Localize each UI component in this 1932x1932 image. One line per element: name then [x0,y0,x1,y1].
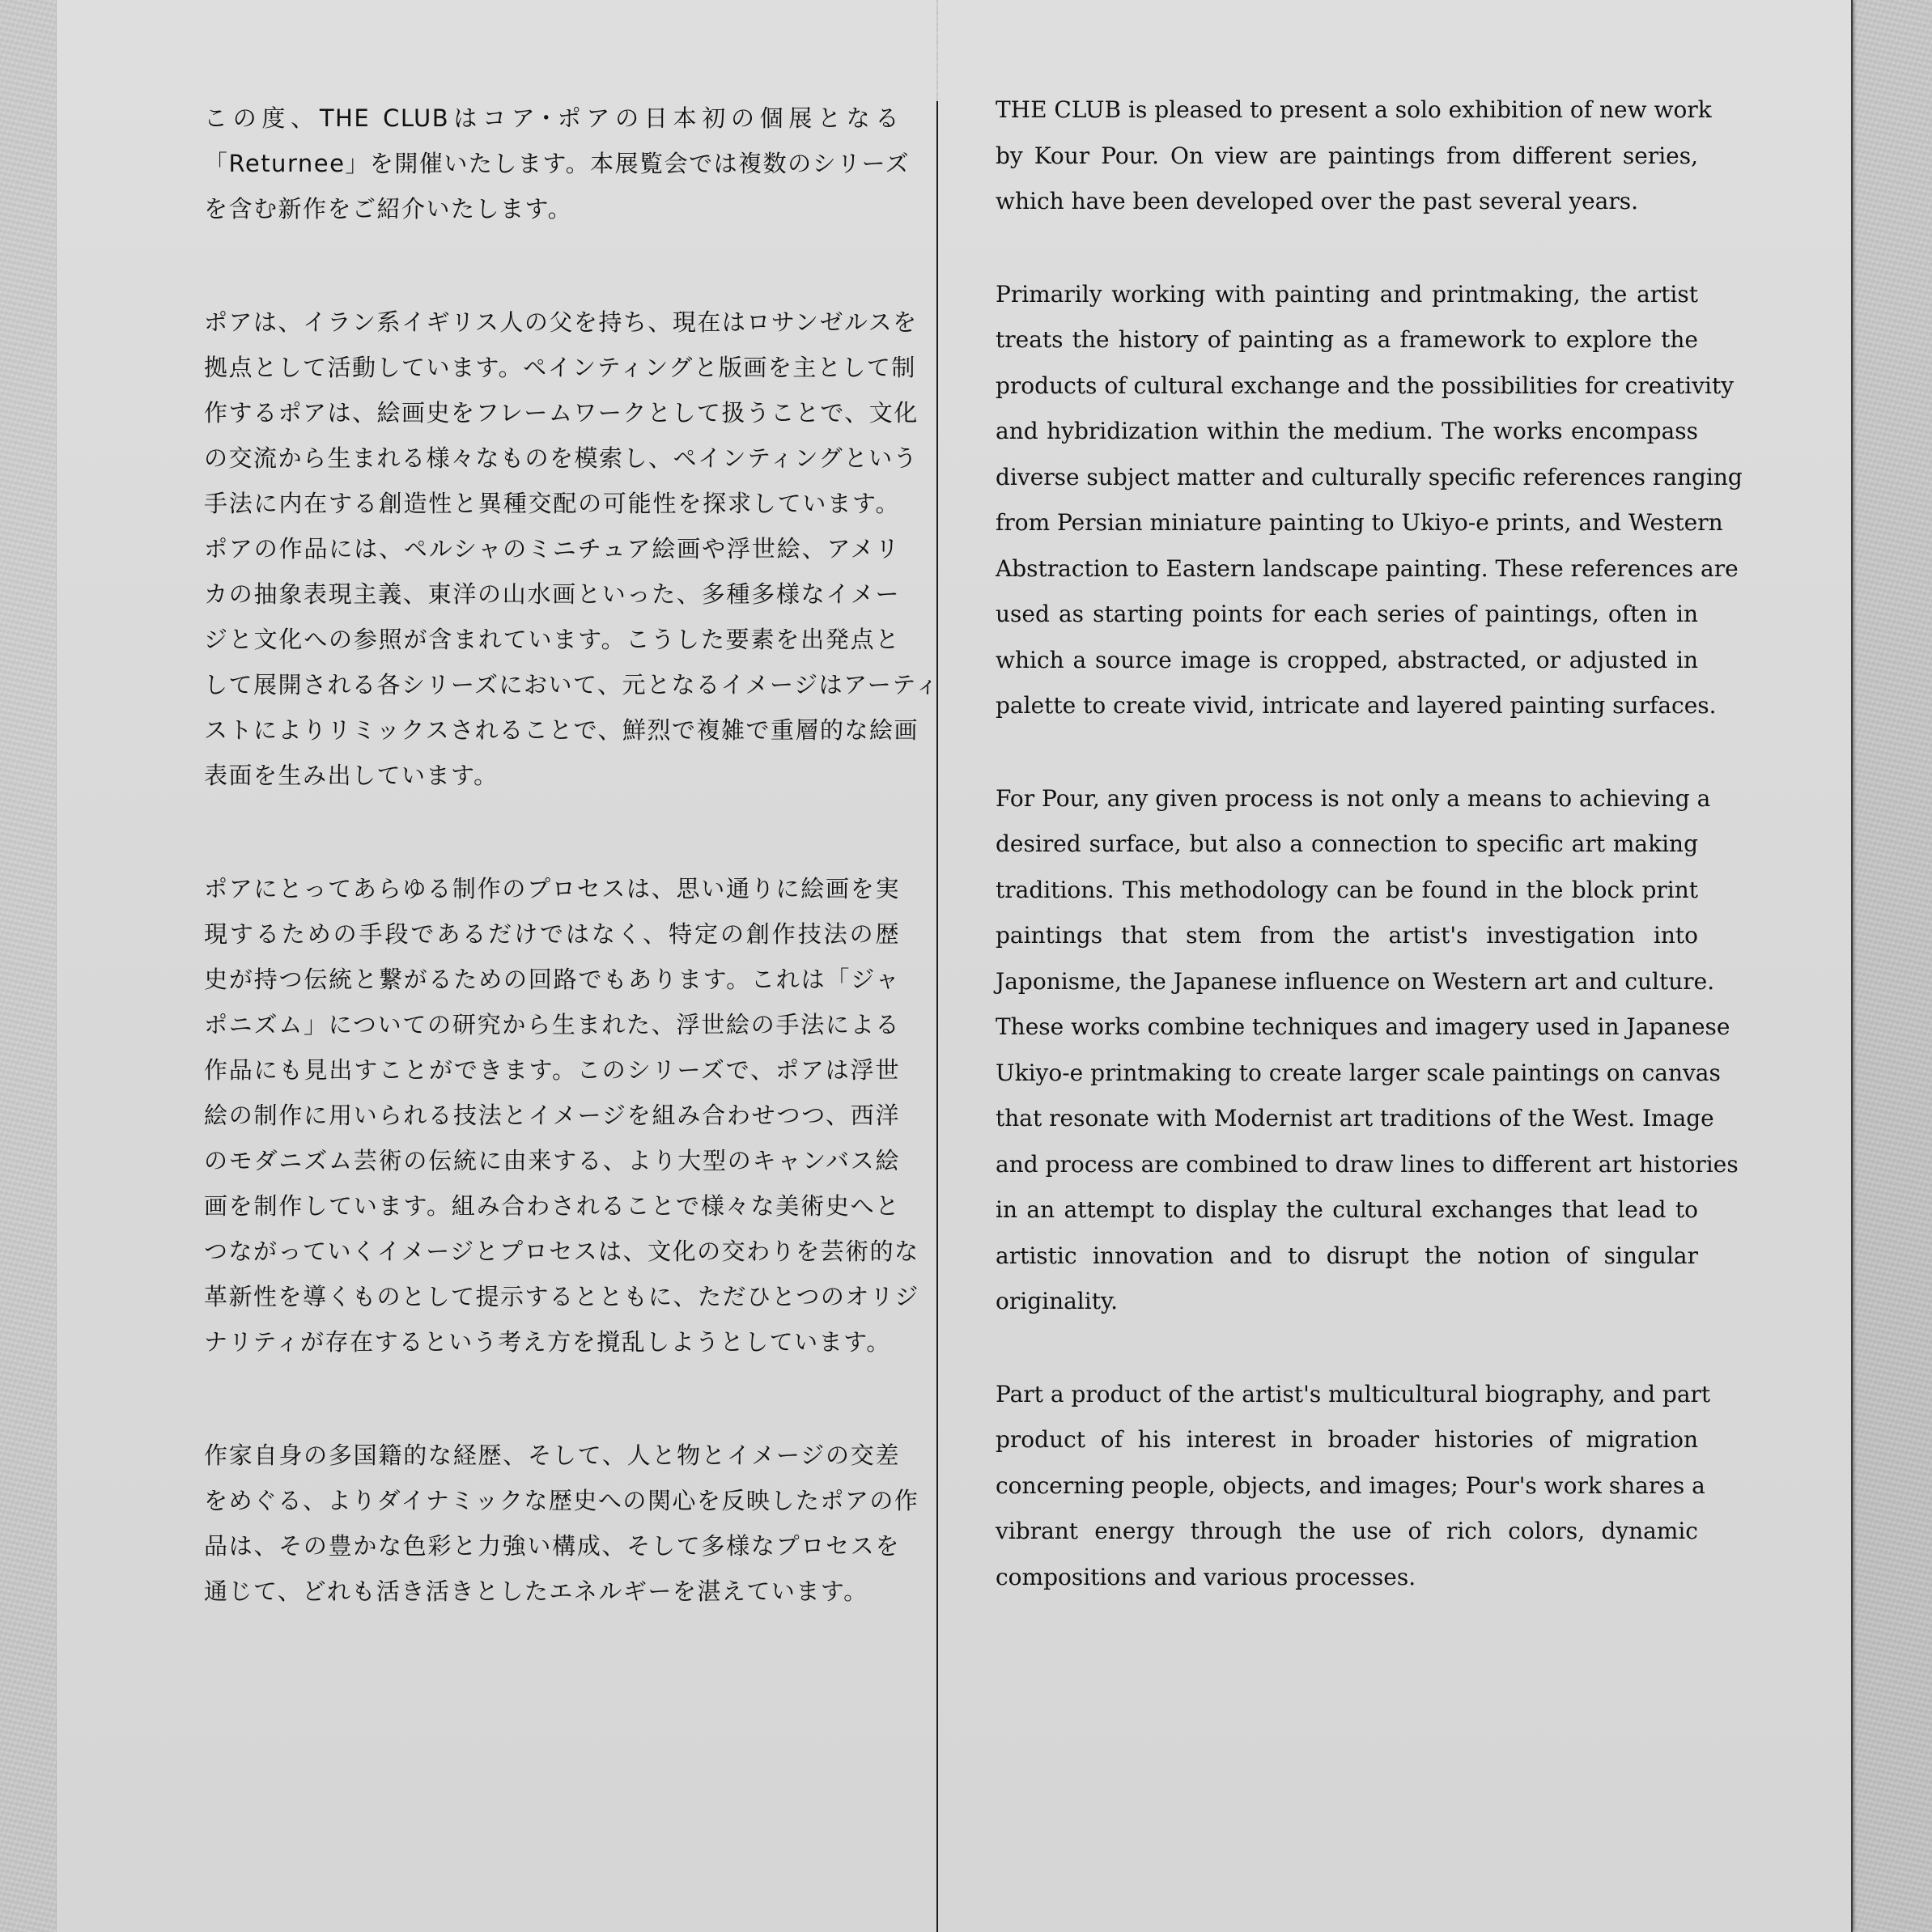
text-line: treats the history of painting as a fram… [996,317,1698,363]
text-line: をめぐる、よりダイナミックな歴史への関心を反映したポアの作 [204,1478,900,1523]
text-line: which a source image is cropped, abstrac… [996,638,1698,684]
text-line: For Pour, any given process is not only … [996,776,1698,822]
japanese-text-column: この度、THE CLUBはコア･ポアの日本初の個展となる 「Returnee」を… [204,96,900,1659]
text-line: THE CLUB is pleased to present a solo ex… [996,87,1698,134]
text-line: 作家自身の多国籍的な経歴、そして、人と物とイメージの交差 [204,1433,900,1478]
text-line: 手法に内在する創造性と異種交配の可能性を探求しています。 [204,481,900,526]
text-line: vibrant energy through the use of rich c… [996,1509,1698,1555]
text-line: を含む新作をご紹介いたします。 [204,186,900,231]
text-line: の交流から生まれる様々なものを模索し、ペインティングという [204,435,900,481]
text-line: concerning people, objects, and images; … [996,1463,1698,1510]
text-line: 現するための手段であるだけではなく、特定の創作技法の歴 [204,911,900,957]
text-line: product of his interest in broader histo… [996,1417,1698,1463]
english-text-column: THE CLUB is pleased to present a solo ex… [996,87,1698,1645]
en-paragraph-intro: THE CLUB is pleased to present a solo ex… [996,87,1698,225]
text-line: desired surface, but also a connection t… [996,822,1698,868]
text-line: used as starting points for each series … [996,592,1698,638]
text-line: and hybridization within the medium. The… [996,409,1698,455]
text-line: ストによりリミックスされることで、鮮烈で複雑で重層的な絵画 [204,707,900,753]
text-line: 史が持つ伝統と繋がるための回路でもあります。これは「ジャ [204,957,900,1002]
text-line: diverse subject matter and culturally sp… [996,455,1698,501]
text-line: 革新性を導くものとして提示するとともに、ただひとつのオリジ [204,1274,900,1319]
text-line: 絵の制作に用いられる技法とイメージを組み合わせつつ、西洋 [204,1093,900,1138]
text-line: つながっていくイメージとプロセスは、文化の交わりを芸術的な [204,1229,900,1274]
text-line: in an attempt to display the cultural ex… [996,1187,1698,1234]
text-line: 作するポアは、絵画史をフレームワークとして扱うことで、文化 [204,390,900,435]
text-line: Abstraction to Eastern landscape paintin… [996,546,1698,592]
text-line: Japonisme, the Japanese influence on Wes… [996,959,1698,1005]
text-line: カの抽象表現主義、東洋の山水画といった、多種多様なイメー [204,571,900,617]
en-paragraph-practice: Primarily working with painting and prin… [996,272,1698,729]
text-line: ポアにとってあらゆる制作のプロセスは、思い通りに絵画を実 [204,866,900,911]
text-line: originality. [996,1279,1698,1325]
text-line: この度、THE CLUBはコア･ポアの日本初の個展となる [204,96,900,141]
text-line: palette to create vivid, intricate and l… [996,683,1698,729]
jp-paragraph-intro: この度、THE CLUBはコア･ポアの日本初の個展となる 「Returnee」を… [204,96,900,231]
text-line: 通じて、どれも活き活きとしたエネルギーを湛えています。 [204,1569,900,1614]
text-line: 表面を生み出しています。 [204,753,900,798]
text-line: 「Returnee」を開催いたします。本展覧会では複数のシリーズ [204,141,900,186]
text-line: 作品にも見出すことができます。このシリーズで、ポアは浮世 [204,1047,900,1093]
en-paragraph-process: For Pour, any given process is not only … [996,776,1698,1325]
text-line: paintings that stem from the artist's in… [996,913,1698,959]
text-line: ジと文化への参照が含まれています。こうした要素を出発点と [204,617,900,662]
text-line: by Kour Pour. On view are paintings from… [996,134,1698,180]
text-line: Primarily working with painting and prin… [996,272,1698,318]
text-line: Ukiyo-e printmaking to create larger sca… [996,1051,1698,1097]
text-line: compositions and various processes. [996,1555,1698,1601]
jp-paragraph-practice: ポアは、イラン系イギリス人の父を持ち、現在はロサンゼルスを 拠点として活動してい… [204,299,900,798]
text-line: ナリティが存在するという考え方を撹乱しようとしています。 [204,1319,900,1365]
text-line: ポアの作品には、ペルシャのミニチュア絵画や浮世絵、アメリ [204,526,900,571]
text-line: artistic innovation and to disrupt the n… [996,1234,1698,1280]
jp-paragraph-conclusion: 作家自身の多国籍的な経歴、そして、人と物とイメージの交差 をめぐる、よりダイナミ… [204,1433,900,1614]
text-line: products of cultural exchange and the po… [996,363,1698,410]
text-line: Part a product of the artist's multicult… [996,1372,1698,1418]
text-line: and process are combined to draw lines t… [996,1142,1698,1188]
text-line: 品は、その豊かな色彩と力強い構成、そして多様なプロセスを [204,1523,900,1569]
jp-paragraph-process: ポアにとってあらゆる制作のプロセスは、思い通りに絵画を実 現するための手段である… [204,866,900,1365]
text-line: して展開される各シリーズにおいて、元となるイメージはアーティ [204,662,900,707]
text-line: ポニズム」についての研究から生まれた、浮世絵の手法による [204,1002,900,1047]
text-line: which have been developed over the past … [996,179,1698,225]
text-line: from Persian miniature painting to Ukiyo… [996,500,1698,546]
text-line: 拠点として活動しています。ペインティングと版画を主として制 [204,345,900,390]
page-gutter-divider [936,101,938,1932]
text-line: ポアは、イラン系イギリス人の父を持ち、現在はロサンゼルスを [204,299,900,345]
en-paragraph-conclusion: Part a product of the artist's multicult… [996,1372,1698,1601]
text-line: These works combine techniques and image… [996,1004,1698,1051]
text-line: traditions. This methodology can be foun… [996,868,1698,914]
text-line: that resonate with Modernist art traditi… [996,1096,1698,1142]
text-line: 画を制作しています。組み合わされることで様々な美術史へと [204,1183,900,1229]
text-line: のモダニズム芸術の伝統に由来する、より大型のキャンバス絵 [204,1138,900,1183]
